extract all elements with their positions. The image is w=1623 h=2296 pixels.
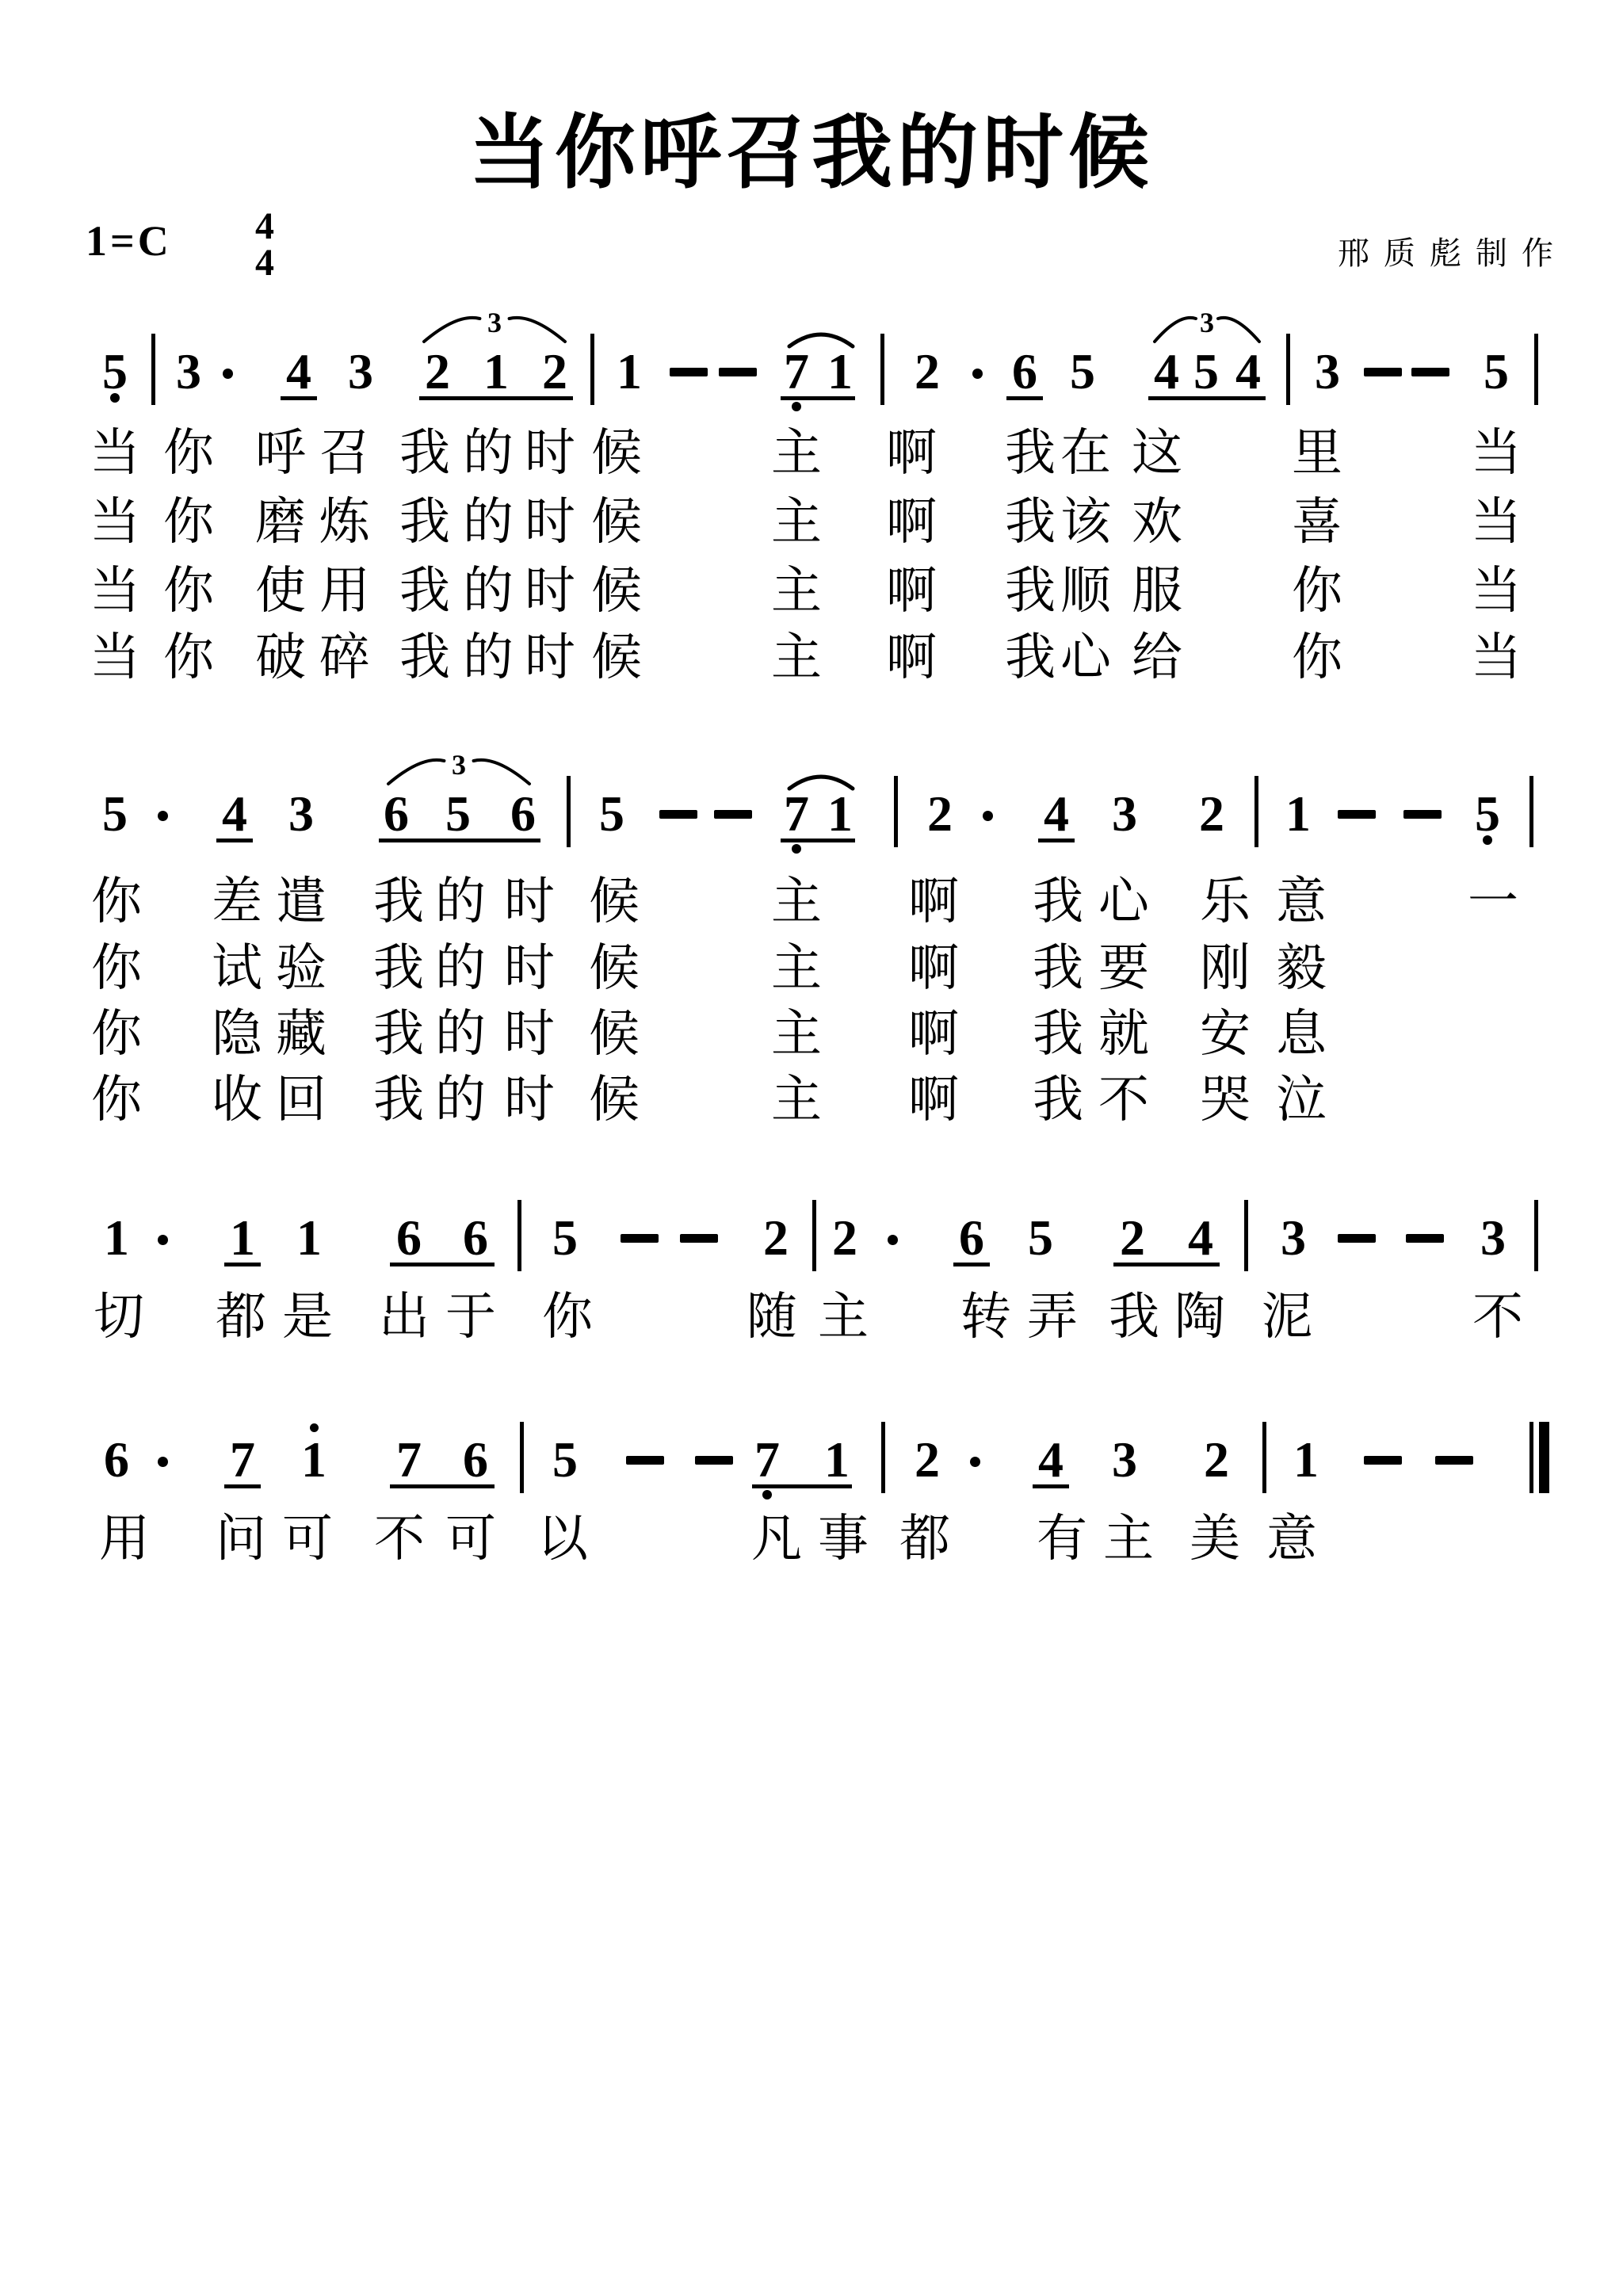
lyric-char: 时 <box>504 942 555 993</box>
lyric-char: 主 <box>771 427 822 478</box>
lyric-char: 都 <box>899 1513 950 1564</box>
note-digit: 1 <box>1293 1435 1319 1485</box>
lyric-char: 心 <box>1098 876 1149 926</box>
lyric-char: 的 <box>435 1074 486 1125</box>
credit: 邢质彪制作 <box>1338 228 1568 273</box>
dash-extension <box>695 1456 733 1465</box>
note-digit: 5 <box>599 789 624 839</box>
lyric-char: 息 <box>1276 1008 1327 1059</box>
note-digit: 6 <box>463 1435 488 1485</box>
lyric-char: 主 <box>771 1008 822 1059</box>
lyric-char: 你 <box>91 942 142 993</box>
lyric-char: 是 <box>282 1291 333 1342</box>
lyric-char: 主 <box>771 1074 822 1125</box>
lyric-char: 在 <box>1060 427 1111 478</box>
note-digit: 6 <box>396 1213 422 1263</box>
lyric-char: 的 <box>435 1008 486 1059</box>
note-digit: 1 <box>296 1213 322 1263</box>
lyric-char: 你 <box>163 632 214 682</box>
note-digit: 3 <box>348 346 373 397</box>
augmentation-dot <box>970 1457 980 1467</box>
lyric-char: 毅 <box>1276 942 1327 993</box>
eighth-underline <box>1148 396 1266 400</box>
lyric-char: 我 <box>1005 427 1056 478</box>
lyric-char: 出 <box>379 1291 430 1342</box>
eighth-underline <box>953 1263 990 1266</box>
dash-extension <box>719 368 757 376</box>
dash-extension <box>1411 368 1449 376</box>
dash-extension <box>621 1234 659 1243</box>
dash-extension <box>1403 810 1442 819</box>
lyric-char: 的 <box>463 632 514 682</box>
lyric-char: 欢 <box>1132 496 1182 547</box>
note-digit: 2 <box>832 1213 857 1263</box>
meter-numerator: 4 <box>235 208 295 245</box>
lyric-char: 我 <box>399 632 450 682</box>
lyric-char: 你 <box>163 565 214 616</box>
note-digit: 2 <box>425 346 450 397</box>
note-digit: 1 <box>827 789 853 839</box>
eighth-underline <box>224 1484 261 1488</box>
dash-extension <box>1364 1456 1402 1465</box>
lyric-char: 试 <box>212 942 262 993</box>
lyric-char: 心 <box>1060 632 1111 682</box>
lyric-char: 事 <box>818 1513 869 1564</box>
triplet-bracket: 3 <box>385 754 533 787</box>
lyric-char: 啊 <box>886 496 937 547</box>
lyric-char: 候 <box>589 942 640 993</box>
eighth-underline <box>390 1484 495 1488</box>
lyric-char: 当 <box>1471 565 1522 616</box>
lyric-char: 时 <box>525 427 575 478</box>
lyric-char: 候 <box>591 632 642 682</box>
note-digit: 1 <box>617 346 642 397</box>
barline <box>151 334 155 405</box>
lyric-char: 当 <box>90 565 140 616</box>
note-digit: 4 <box>286 346 311 397</box>
barline <box>880 334 884 405</box>
note-digit: 1 <box>301 1435 327 1485</box>
triplet-number: 3 <box>1151 308 1262 337</box>
note-digit: 1 <box>824 1435 850 1485</box>
augmentation-dot <box>972 369 983 379</box>
note-digit: 5 <box>1070 346 1095 397</box>
lyric-char: 磨 <box>255 496 306 547</box>
barline <box>812 1200 816 1271</box>
lyric-char: 凡 <box>751 1513 802 1564</box>
lyric-char: 我 <box>1033 942 1083 993</box>
lyric-char: 时 <box>504 1074 555 1125</box>
lyric-char: 意 <box>1276 876 1327 926</box>
lyric-char: 时 <box>525 565 575 616</box>
lyric-char: 回 <box>276 1074 327 1125</box>
lyric-char: 的 <box>435 942 486 993</box>
lyric-char: 啊 <box>886 565 937 616</box>
lyric-char: 使 <box>255 565 306 616</box>
lyric-char: 啊 <box>908 876 959 926</box>
key-signature: 1=C 4 4 <box>86 220 172 330</box>
dash-extension <box>680 1234 718 1243</box>
lyric-char: 主 <box>771 565 822 616</box>
note-digit: 6 <box>1012 346 1037 397</box>
lyric-char: 以 <box>537 1513 588 1564</box>
lyric-char: 的 <box>435 876 486 926</box>
lyric-char: 都 <box>216 1291 266 1342</box>
final-barline-thin <box>1529 1422 1533 1493</box>
barline <box>1262 1422 1266 1493</box>
lyric-char: 验 <box>276 942 327 993</box>
lyric-char: 你 <box>91 1008 142 1059</box>
lyric-char: 我 <box>1033 1074 1083 1125</box>
eighth-underline <box>419 396 573 400</box>
eighth-underline <box>1006 396 1043 400</box>
dash-extension <box>1364 368 1402 376</box>
lyric-char: 我 <box>373 1074 424 1125</box>
lyric-char: 用 <box>319 565 370 616</box>
lyric-char: 当 <box>90 632 140 682</box>
lyric-char: 你 <box>542 1291 593 1342</box>
note-digit: 3 <box>1112 1435 1137 1485</box>
barline <box>894 776 898 847</box>
note-digit: 3 <box>1112 789 1137 839</box>
lyric-char: 我 <box>399 496 450 547</box>
dash-extension <box>1338 1234 1376 1243</box>
lyric-char: 当 <box>90 496 140 547</box>
lyric-char: 炼 <box>319 496 370 547</box>
lyric-char: 于 <box>445 1291 496 1342</box>
lyric-char: 我 <box>1033 1008 1083 1059</box>
high-octave-dot <box>310 1423 319 1432</box>
lyric-char: 候 <box>591 565 642 616</box>
note-digit: 4 <box>1038 1435 1064 1485</box>
lyric-char: 啊 <box>908 942 959 993</box>
barline <box>517 1200 521 1271</box>
eighth-underline <box>781 396 855 400</box>
lyric-char: 刚 <box>1200 942 1251 993</box>
note-digit: 7 <box>784 346 809 397</box>
note-digit: 5 <box>552 1435 578 1485</box>
lyric-char: 时 <box>525 632 575 682</box>
lyric-char: 啊 <box>908 1008 959 1059</box>
note-digit: 2 <box>915 346 940 397</box>
note-digit: 2 <box>915 1435 940 1485</box>
note-digit: 1 <box>230 1213 255 1263</box>
lyric-char: 主 <box>818 1291 869 1342</box>
lyric-char: 随 <box>747 1291 797 1342</box>
tonic-label: 1=C <box>86 220 172 262</box>
lyric-char: 服 <box>1132 565 1182 616</box>
final-barline-thick <box>1539 1422 1549 1493</box>
triplet-bracket: 3 <box>1151 311 1262 345</box>
low-octave-dot <box>792 844 801 854</box>
lyric-char: 主 <box>1103 1513 1154 1564</box>
augmentation-dot <box>158 1457 168 1467</box>
lyric-char: 我 <box>399 427 450 478</box>
note-digit: 5 <box>102 789 128 839</box>
lyric-char: 你 <box>91 876 142 926</box>
eighth-underline <box>1033 1484 1069 1488</box>
note-digit: 6 <box>510 789 536 839</box>
lyric-char: 召 <box>319 427 370 478</box>
note-digit: 5 <box>102 346 128 397</box>
lyric-char: 就 <box>1098 1008 1149 1059</box>
lyric-char: 藏 <box>276 1008 327 1059</box>
dash-extension <box>1435 1456 1473 1465</box>
lyric-char: 弄 <box>1027 1291 1078 1342</box>
lyric-char: 哭 <box>1200 1074 1251 1125</box>
lyric-char: 我 <box>1005 632 1056 682</box>
lyric-char: 你 <box>1292 632 1342 682</box>
note-digit: 2 <box>763 1213 789 1263</box>
eighth-underline <box>1038 839 1075 842</box>
lyric-char: 我 <box>1033 876 1083 926</box>
lyric-char: 主 <box>771 632 822 682</box>
lyric-char: 意 <box>1266 1513 1317 1564</box>
note-digit: 5 <box>445 789 471 839</box>
note-digit: 4 <box>1154 346 1179 397</box>
note-digit: 1 <box>1285 789 1311 839</box>
lyric-char: 我 <box>373 942 424 993</box>
lyric-char: 安 <box>1200 1008 1251 1059</box>
lyric-char: 乐 <box>1200 876 1251 926</box>
lyric-char: 啊 <box>908 1074 959 1125</box>
note-digit: 7 <box>396 1435 422 1485</box>
lyric-char: 顺 <box>1060 565 1111 616</box>
barline <box>1244 1200 1248 1271</box>
lyric-char: 候 <box>589 876 640 926</box>
augmentation-dot <box>888 1235 898 1245</box>
triplet-number: 3 <box>421 308 568 337</box>
lyric-char: 切 <box>94 1291 144 1342</box>
note-digit: 1 <box>104 1213 129 1263</box>
note-digit: 5 <box>552 1213 578 1263</box>
lyric-char: 泥 <box>1262 1291 1312 1342</box>
lyric-char: 喜 <box>1292 496 1342 547</box>
lyric-char: 有 <box>1037 1513 1087 1564</box>
triplet-number: 3 <box>385 751 533 779</box>
lyric-char: 我 <box>373 1008 424 1059</box>
note-digit: 4 <box>1044 789 1069 839</box>
augmentation-dot <box>158 1235 168 1245</box>
lyric-char: 当 <box>1471 427 1522 478</box>
note-digit: 4 <box>1235 346 1261 397</box>
dash-extension <box>659 810 697 819</box>
low-octave-dot <box>110 393 120 403</box>
barline <box>567 776 571 847</box>
note-digit: 3 <box>176 346 201 397</box>
song-title: 当你呼召我的时候 <box>0 89 1623 204</box>
lyric-char: 不 <box>1098 1074 1149 1125</box>
barline <box>881 1422 885 1493</box>
eighth-underline <box>379 839 540 842</box>
lyric-char: 时 <box>504 876 555 926</box>
lyric-char: 你 <box>91 1074 142 1125</box>
lyric-char: 啊 <box>886 632 937 682</box>
note-digit: 1 <box>827 346 853 397</box>
lyric-char: 不 <box>374 1513 425 1564</box>
barline <box>1534 1200 1538 1271</box>
note-digit: 5 <box>1484 346 1509 397</box>
lyric-char: 收 <box>212 1074 262 1125</box>
lyric-char: 我 <box>373 876 424 926</box>
lyric-char: 当 <box>1471 496 1522 547</box>
note-digit: 5 <box>1475 789 1500 839</box>
lyric-char: 主 <box>771 942 822 993</box>
barline <box>1529 776 1533 847</box>
lyric-char: 时 <box>504 1008 555 1059</box>
lyric-char: 该 <box>1060 496 1111 547</box>
lyric-char: 我 <box>399 565 450 616</box>
note-digit: 4 <box>1188 1213 1213 1263</box>
tie-arc <box>787 325 855 349</box>
note-digit: 2 <box>1204 1435 1229 1485</box>
low-octave-dot <box>792 402 801 411</box>
lyric-char: 呼 <box>255 427 306 478</box>
augmentation-dot <box>223 369 233 379</box>
eighth-underline <box>752 1484 852 1488</box>
eighth-underline <box>224 1263 261 1266</box>
eighth-underline <box>216 839 253 842</box>
note-digit: 7 <box>754 1435 780 1485</box>
lyric-char: 候 <box>591 496 642 547</box>
lyric-char: 当 <box>1471 632 1522 682</box>
note-digit: 2 <box>542 346 567 397</box>
note-digit: 2 <box>1199 789 1224 839</box>
lyric-char: 隐 <box>212 1008 262 1059</box>
eighth-underline <box>390 1263 495 1266</box>
lyric-char: 可 <box>445 1513 496 1564</box>
time-signature: 4 4 <box>235 208 295 281</box>
lyric-char: 主 <box>771 876 822 926</box>
lyric-char: 可 <box>282 1513 333 1564</box>
lyric-char: 的 <box>463 496 514 547</box>
lyric-char: 差 <box>212 876 262 926</box>
note-digit: 5 <box>1028 1213 1053 1263</box>
lyric-char: 你 <box>1292 565 1342 616</box>
lyric-char: 问 <box>216 1513 266 1564</box>
lyric-char: 破 <box>255 632 306 682</box>
lyric-char: 碎 <box>319 632 370 682</box>
lyric-char: 这 <box>1132 427 1182 478</box>
lyric-char: 要 <box>1098 942 1149 993</box>
lyric-char: 用 <box>99 1513 150 1564</box>
note-digit: 6 <box>384 789 409 839</box>
note-digit: 6 <box>463 1213 488 1263</box>
eighth-underline <box>781 839 855 842</box>
barline <box>1286 334 1290 405</box>
lyric-char: 一 <box>1468 876 1518 926</box>
note-digit: 7 <box>230 1435 255 1485</box>
lyric-char: 的 <box>463 565 514 616</box>
dash-extension <box>1338 810 1376 819</box>
lyric-char: 我 <box>1005 565 1056 616</box>
note-digit: 1 <box>483 346 509 397</box>
lyric-char: 时 <box>525 496 575 547</box>
note-digit: 7 <box>784 789 809 839</box>
note-digit: 3 <box>1281 1213 1306 1263</box>
dash-extension <box>670 368 708 376</box>
dash-extension <box>626 1456 664 1465</box>
low-octave-dot <box>1483 835 1492 845</box>
lyric-char: 啊 <box>886 427 937 478</box>
note-digit: 3 <box>1315 346 1340 397</box>
lyric-char: 的 <box>463 427 514 478</box>
low-octave-dot <box>762 1490 772 1499</box>
lyric-char: 你 <box>163 427 214 478</box>
lyric-char: 候 <box>591 427 642 478</box>
barline <box>520 1422 524 1493</box>
augmentation-dot <box>158 811 168 821</box>
barline <box>1254 776 1258 847</box>
dash-extension <box>714 810 752 819</box>
tie-arc <box>787 767 855 791</box>
sheet-music-page: 当你呼召我的时候 1=C 4 4 邢质彪制作 53432123171265454… <box>0 0 1623 2296</box>
lyric-char: 给 <box>1132 632 1182 682</box>
lyric-char: 陶 <box>1174 1291 1225 1342</box>
meter-denominator: 4 <box>235 245 295 281</box>
note-digit: 2 <box>927 789 953 839</box>
lyric-char: 当 <box>90 427 140 478</box>
lyric-char: 里 <box>1292 427 1342 478</box>
lyric-char: 你 <box>163 496 214 547</box>
barline <box>590 334 594 405</box>
dash-extension <box>1406 1234 1444 1243</box>
note-digit: 6 <box>104 1435 129 1485</box>
augmentation-dot <box>983 811 993 821</box>
lyric-char: 我 <box>1109 1291 1159 1342</box>
lyric-char: 候 <box>589 1008 640 1059</box>
note-digit: 4 <box>222 789 247 839</box>
eighth-underline <box>1113 1263 1220 1266</box>
lyric-char: 美 <box>1190 1513 1240 1564</box>
lyric-char: 主 <box>771 496 822 547</box>
note-digit: 3 <box>288 789 314 839</box>
note-digit: 3 <box>1480 1213 1506 1263</box>
lyric-char: 转 <box>960 1291 1011 1342</box>
note-digit: 2 <box>1120 1213 1145 1263</box>
note-digit: 5 <box>1193 346 1219 397</box>
barline <box>1534 334 1538 405</box>
triplet-bracket: 3 <box>421 311 568 345</box>
note-digit: 6 <box>959 1213 984 1263</box>
lyric-char: 我 <box>1005 496 1056 547</box>
lyric-char: 不 <box>1472 1291 1523 1342</box>
lyric-char: 候 <box>589 1074 640 1125</box>
eighth-underline <box>281 396 317 400</box>
lyric-char: 泣 <box>1276 1074 1327 1125</box>
lyric-char: 遣 <box>276 876 327 926</box>
